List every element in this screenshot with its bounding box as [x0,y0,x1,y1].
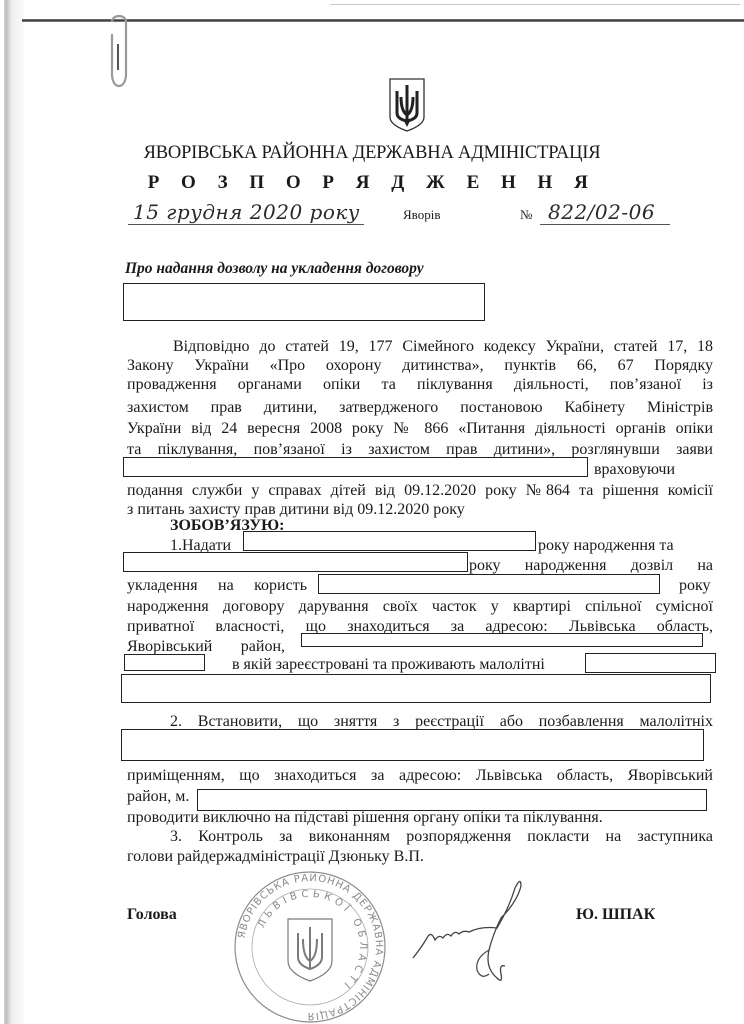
preamble-line: захистом прав дитини, затвердженого пост… [127,398,713,417]
item2-text: приміщенням, що знаходиться за адресою: … [127,766,713,785]
signatory-title: Голова [127,906,177,924]
redacted-block [121,674,711,703]
handwritten-date: 15 грудня 2020 року [133,200,360,224]
preamble-line: враховуючи [594,460,675,479]
preamble-line: Закону України «Про охорону дитинства», … [127,356,713,375]
redacted-block [243,531,536,551]
redacted-block [121,729,704,761]
item1-text: народження договору дарування своїх част… [127,597,713,616]
item2-text: проводити виключно на підставі рішення о… [127,808,603,827]
redacted-block [301,633,703,647]
place-label: Яворів [403,207,440,223]
number-underline [540,224,670,225]
item1-text: року народження дозвіл на [469,556,713,575]
redacted-block [585,653,716,673]
document-type-title: Р О З П О Р Я Д Ж Е Н Н Я [0,172,744,194]
item1-text: року народження та [538,536,674,555]
preamble-line: Відповідно до статей 19, 177 Сімейного к… [173,337,713,356]
handwritten-signature [405,878,545,988]
scan-top-faint-line [330,4,740,5]
trident-coat-of-arms-icon [388,77,426,133]
item1-text: в якій зареєстровані та проживають малол… [232,655,545,674]
item1-text: укладення на користь [127,576,307,595]
organization-name: ЯВОРІВСЬКА РАЙОННА ДЕРЖАВНА АДМІНІСТРАЦІ… [0,143,744,164]
number-sign: № [520,207,532,223]
official-stamp-seal: ЯВОРІВСЬКА РАЙОННА ДЕРЖАВНА АДМІНІСТРАЦІ… [232,869,388,1024]
svg-text:ЛЬВІВСЬКОЇ ОБЛАСТІ: ЛЬВІВСЬКОЇ ОБЛАСТІ [256,889,368,993]
redacted-block [123,457,588,477]
item3-text: 3. Контроль за виконанням розпорядження … [170,827,713,846]
redacted-block [318,574,660,594]
redacted-block [123,552,468,572]
subject-line: Про надання дозволу на укладення договор… [125,260,424,278]
item3-text: голови райдержадміністрації Дзюньку В.П. [127,847,424,866]
handwritten-number: 822/02-06 [548,200,655,224]
preamble-line: України від 24 вересня 2008 року № 866 «… [127,419,713,438]
date-underline [128,224,364,225]
redacted-block [124,654,205,671]
preamble-line: подання служби у справах дітей від 09.12… [127,481,713,500]
redacted-block [123,283,485,321]
paperclip-icon [108,14,134,94]
item1-text: року [679,576,711,595]
signatory-name: Ю. ШПАК [576,906,655,924]
preamble-line: провадження органами опіки та піклування… [127,375,713,394]
item2-text: район, м. [127,787,189,806]
